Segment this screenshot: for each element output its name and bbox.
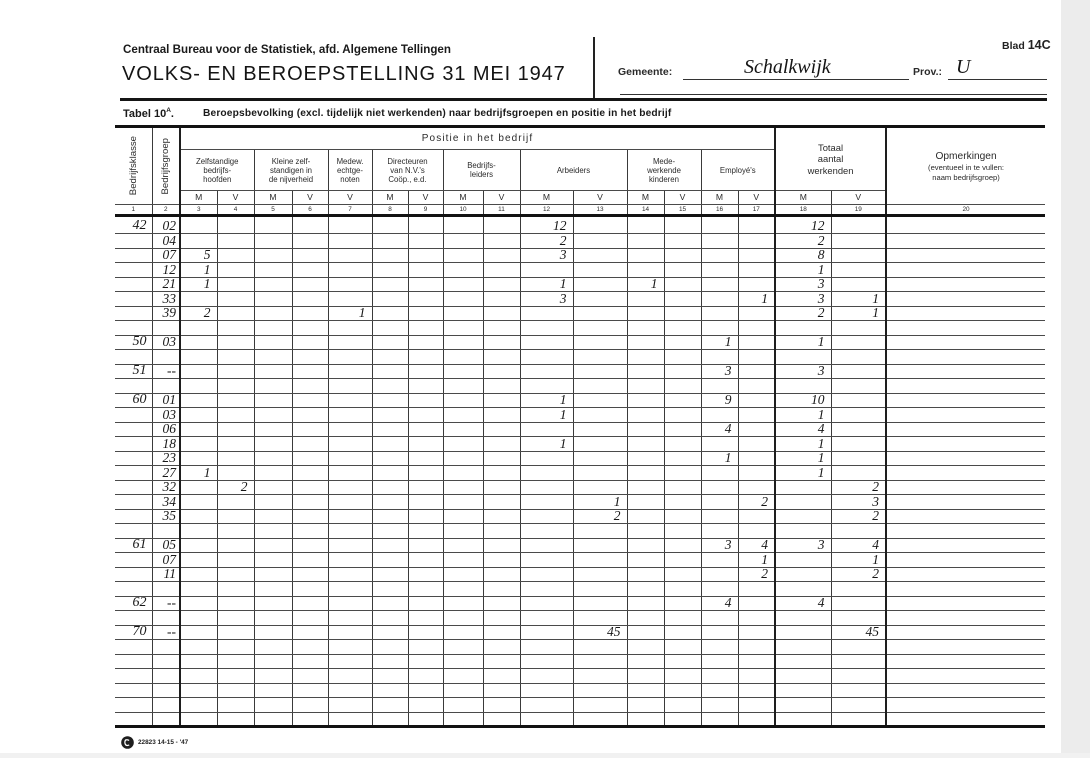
totaal-v-cell <box>831 277 886 292</box>
arbeiders-m-cell <box>520 669 573 684</box>
employes-v-cell <box>738 321 775 336</box>
arbeiders-m-cell <box>520 495 573 510</box>
totaal-m-cell <box>775 567 831 582</box>
arbeiders-v-cell <box>573 277 627 292</box>
directeuren-v-cell <box>408 698 443 713</box>
totaal-v-cell: 2 <box>831 480 886 495</box>
kleine-zelfstandigen-v-cell <box>292 480 328 495</box>
medewerkende-kinderen-m-cell <box>627 248 664 263</box>
sex-header: M <box>254 190 292 204</box>
totaal-m-cell <box>775 553 831 568</box>
bedrijfsleiders-m-cell <box>443 669 483 684</box>
table-row <box>115 611 1045 626</box>
medewerkende-kinderen-v-cell <box>664 306 701 321</box>
kleine-zelfstandigen-m-cell <box>254 451 292 466</box>
employes-m-cell <box>701 712 738 727</box>
bedrijfsklasse-cell <box>115 350 152 365</box>
medewerkende-echtgenoten-v-cell <box>328 216 372 234</box>
bedrijfsleiders-v-cell <box>483 466 520 481</box>
bedrijfsgroep-cell: 07 <box>152 248 180 263</box>
bedrijfsklasse-cell <box>115 553 152 568</box>
opmerkingen-cell <box>886 596 1045 611</box>
bedrijfsgroep-cell: 32 <box>152 480 180 495</box>
directeuren-m-cell <box>372 480 408 495</box>
medewerkende-echtgenoten-v-cell <box>328 582 372 597</box>
bedrijfsleiders-m-cell <box>443 263 483 278</box>
directeuren-v-cell <box>408 640 443 655</box>
kleine-zelfstandigen-m-cell <box>254 234 292 249</box>
employes-m-cell <box>701 466 738 481</box>
header-divider <box>593 37 595 100</box>
bedrijfsleiders-v-cell <box>483 364 520 379</box>
directeuren-v-cell <box>408 408 443 423</box>
positie-group-header: Positie in het bedrijf <box>180 127 775 150</box>
directeuren-v-cell <box>408 480 443 495</box>
medewerkende-kinderen-m-cell <box>627 408 664 423</box>
bedrijfsklasse-cell <box>115 654 152 669</box>
employes-v-cell: 4 <box>738 538 775 553</box>
municipality-value: Schalkwijk <box>744 56 831 79</box>
zelfstandige-m-cell <box>180 437 217 452</box>
kleine-zelfstandigen-m-cell <box>254 350 292 365</box>
table-row: 0644 <box>115 422 1045 437</box>
kleine-zelfstandigen-v-cell <box>292 538 328 553</box>
bedrijfsklasse-cell <box>115 422 152 437</box>
bedrijfsgroep-cell <box>152 350 180 365</box>
arbeiders-v-cell <box>573 698 627 713</box>
medewerkende-kinderen-v-cell <box>664 335 701 350</box>
employes-m-cell <box>701 216 738 234</box>
medewerkende-echtgenoten-v-cell: 1 <box>328 306 372 321</box>
medewerkende-kinderen-m-cell <box>627 437 664 452</box>
bedrijfsleiders-v-cell <box>483 292 520 307</box>
form-title: VOLKS- EN BEROEPSTELLING 31 MEI 1947 <box>122 63 566 86</box>
province-label: Prov.: <box>913 66 942 78</box>
kleine-zelfstandigen-m-cell <box>254 422 292 437</box>
zelfstandige-m-cell <box>180 379 217 394</box>
bedrijfsgroep-cell: 23 <box>152 451 180 466</box>
arbeiders-v-cell <box>573 567 627 582</box>
bedrijfsklasse-cell <box>115 509 152 524</box>
kleine-zelfstandigen-m-cell <box>254 393 292 408</box>
medewerkende-kinderen-m-cell <box>627 698 664 713</box>
medewerkende-kinderen-v-cell <box>664 654 701 669</box>
totaal-header: Totaal aantal werkenden <box>775 127 886 191</box>
medewerkende-echtgenoten-v-cell <box>328 640 372 655</box>
zelfstandige-v-cell <box>217 669 254 684</box>
employes-v-cell: 2 <box>738 495 775 510</box>
opmerkingen-cell <box>886 712 1045 727</box>
totaal-v-cell <box>831 335 886 350</box>
bedrijfsklasse-cell <box>115 248 152 263</box>
medewerkende-kinderen-v-cell <box>664 495 701 510</box>
medewerkende-kinderen-v-cell <box>664 669 701 684</box>
arbeiders-m-cell: 1 <box>520 393 573 408</box>
table-number-text: Tabel 10 <box>123 108 166 120</box>
kleine-zelfstandigen-m-cell <box>254 216 292 234</box>
table-row <box>115 712 1045 727</box>
bedrijfsleiders-m-cell <box>443 248 483 263</box>
bedrijfsgroep-cell: 35 <box>152 509 180 524</box>
totaal-m-cell <box>775 625 831 640</box>
directeuren-v-cell <box>408 524 443 539</box>
table-row: 3222 <box>115 480 1045 495</box>
kleine-zelfstandigen-m-cell <box>254 379 292 394</box>
medewerkende-kinderen-m-cell <box>627 379 664 394</box>
medewerkende-echtgenoten-v-cell <box>328 321 372 336</box>
arbeiders-v-cell <box>573 524 627 539</box>
bedrijfsklasse-cell <box>115 567 152 582</box>
bedrijfsleiders-v-cell <box>483 335 520 350</box>
table-header: Bedrijfsklasse Bedrijfsgroep Positie in … <box>115 127 1045 216</box>
directeuren-v-cell <box>408 234 443 249</box>
employes-m-cell <box>701 248 738 263</box>
arbeiders-m-cell: 3 <box>520 292 573 307</box>
directeuren-m-cell <box>372 335 408 350</box>
bedrijfsgroep-header: Bedrijfsgroep <box>152 127 180 205</box>
kleine-zelfstandigen-v-cell <box>292 306 328 321</box>
bedrijfsleiders-v-cell <box>483 393 520 408</box>
kleine-zelfstandigen-v-cell <box>292 408 328 423</box>
zelfstandige-m-cell <box>180 495 217 510</box>
table-row: 51--33 <box>115 364 1045 379</box>
totaal-v-cell <box>831 712 886 727</box>
table-row <box>115 669 1045 684</box>
bedrijfsleiders-v-cell <box>483 495 520 510</box>
totaal-v-cell <box>831 350 886 365</box>
medewerkende-kinderen-m-cell <box>627 216 664 234</box>
column-number: 8 <box>372 205 408 216</box>
arbeiders-m-cell <box>520 480 573 495</box>
kleine-zelfstandigen-v-cell <box>292 466 328 481</box>
medewerkende-kinderen-m-cell <box>627 306 664 321</box>
medewerkende-echtgenoten-v-cell <box>328 451 372 466</box>
totaal-v-cell <box>831 248 886 263</box>
directeuren-m-cell <box>372 277 408 292</box>
opmerkingen-cell <box>886 524 1045 539</box>
bedrijfsleiders-v-cell <box>483 422 520 437</box>
medewerkende-kinderen-m-cell <box>627 553 664 568</box>
table-number-dot: . <box>171 108 174 120</box>
table-row <box>115 683 1045 698</box>
zelfstandige-v-cell <box>217 596 254 611</box>
totaal-m-cell: 10 <box>775 393 831 408</box>
table-row <box>115 524 1045 539</box>
sex-header: V <box>217 190 254 204</box>
employes-m-cell: 1 <box>701 335 738 350</box>
arbeiders-v-cell <box>573 466 627 481</box>
medewerkende-echtgenoten-v-cell <box>328 335 372 350</box>
employes-m-cell: 3 <box>701 364 738 379</box>
bedrijfsklasse-cell <box>115 712 152 727</box>
sex-header: V <box>573 190 627 204</box>
medewerkende-echtgenoten-v-cell <box>328 625 372 640</box>
arbeiders-m-cell: 12 <box>520 216 573 234</box>
kleine-zelfstandigen-v-cell <box>292 611 328 626</box>
employes-v-cell: 2 <box>738 567 775 582</box>
directeuren-m-cell <box>372 248 408 263</box>
medewerkende-kinderen-v-cell <box>664 582 701 597</box>
bedrijfsgroep-cell: 04 <box>152 234 180 249</box>
zelfstandige-v-cell <box>217 393 254 408</box>
zelfstandige-v-cell <box>217 437 254 452</box>
arbeiders-v-cell <box>573 350 627 365</box>
directeuren-m-cell <box>372 538 408 553</box>
totaal-m-cell: 1 <box>775 408 831 423</box>
zelfstandige-m-cell <box>180 408 217 423</box>
zelfstandige-m-cell <box>180 640 217 655</box>
zelfstandige-m-cell <box>180 538 217 553</box>
totaal-m-cell: 3 <box>775 292 831 307</box>
employes-m-cell <box>701 234 738 249</box>
medewerkende-kinderen-v-cell <box>664 509 701 524</box>
opmerkingen-cell <box>886 698 1045 713</box>
employes-v-cell: 1 <box>738 553 775 568</box>
column-number: 18 <box>775 205 831 216</box>
scan-edge-right <box>1061 0 1090 758</box>
column-number: 6 <box>292 205 328 216</box>
opmerkingen-cell <box>886 538 1045 553</box>
totaal-m-cell: 2 <box>775 234 831 249</box>
bedrijfsleiders-v-cell <box>483 654 520 669</box>
arbeiders-v-cell <box>573 292 627 307</box>
arbeiders-m-cell <box>520 321 573 336</box>
totaal-m-cell: 1 <box>775 451 831 466</box>
kleine-zelfstandigen-m-cell <box>254 654 292 669</box>
bedrijfsklasse-cell <box>115 292 152 307</box>
bedrijfsklasse-cell <box>115 495 152 510</box>
medewerkende-kinderen-m-cell <box>627 683 664 698</box>
bedrijfsleiders-v-cell <box>483 379 520 394</box>
zelfstandige-m-cell <box>180 654 217 669</box>
arbeiders-m-cell <box>520 640 573 655</box>
employes-v-cell <box>738 712 775 727</box>
bedrijfsgroep-cell <box>152 524 180 539</box>
directeuren-m-cell <box>372 379 408 394</box>
directeuren-m-cell <box>372 669 408 684</box>
employes-v-cell <box>738 466 775 481</box>
kleine-zelfstandigen-m-cell <box>254 437 292 452</box>
bedrijfsleiders-m-cell <box>443 495 483 510</box>
directeuren-v-cell <box>408 248 443 263</box>
sheet-label-text: Blad <box>1002 40 1025 52</box>
medewerkende-echtgenoten-v-cell <box>328 509 372 524</box>
employes-v-cell <box>738 654 775 669</box>
bedrijfsleiders-v-cell <box>483 234 520 249</box>
employes-m-cell <box>701 321 738 336</box>
employes-m-cell <box>701 277 738 292</box>
table-row <box>115 582 1045 597</box>
employes-v-cell <box>738 640 775 655</box>
bedrijfsgroep-cell: -- <box>152 625 180 640</box>
totaal-m-cell: 2 <box>775 306 831 321</box>
kleine-zelfstandigen-m-cell <box>254 364 292 379</box>
employes-v-cell <box>738 263 775 278</box>
totaal-m-cell: 4 <box>775 596 831 611</box>
kleine-zelfstandigen-v-cell <box>292 321 328 336</box>
medewerkende-kinderen-v-cell <box>664 625 701 640</box>
kleine-zelfstandigen-m-cell <box>254 683 292 698</box>
arbeiders-v-cell <box>573 712 627 727</box>
opmerkingen-cell <box>886 683 1045 698</box>
kleine-zelfstandigen-v-cell <box>292 234 328 249</box>
medewerkende-kinderen-m-cell <box>627 393 664 408</box>
bedrijfsklasse-label: Bedrijfsklasse <box>128 136 139 195</box>
table-row <box>115 321 1045 336</box>
kleine-zelfstandigen-v-cell <box>292 654 328 669</box>
bedrijfsklasse-cell <box>115 277 152 292</box>
kleine-zelfstandigen-m-cell <box>254 712 292 727</box>
bedrijfsleiders-m-cell <box>443 393 483 408</box>
bedrijfsleiders-v-cell <box>483 582 520 597</box>
directeuren-v-cell <box>408 379 443 394</box>
arbeiders-v-cell <box>573 582 627 597</box>
bedrijfsleiders-m-cell <box>443 451 483 466</box>
kleine-zelfstandigen-v-cell <box>292 263 328 278</box>
medewerkende-kinderen-m-cell <box>627 422 664 437</box>
directeuren-m-cell <box>372 524 408 539</box>
totaal-m-cell <box>775 582 831 597</box>
category-medewerkende-kinderen: Mede- werkende kinderen <box>627 150 701 191</box>
totaal-m-cell <box>775 640 831 655</box>
bedrijfsleiders-m-cell <box>443 683 483 698</box>
bedrijfsleiders-v-cell <box>483 509 520 524</box>
print-code: 22823 14-15 - '47 <box>138 739 188 746</box>
zelfstandige-v-cell <box>217 379 254 394</box>
bedrijfsklasse-cell <box>115 640 152 655</box>
arbeiders-m-cell <box>520 683 573 698</box>
zelfstandige-m-cell <box>180 596 217 611</box>
bedrijfsleiders-m-cell <box>443 567 483 582</box>
arbeiders-v-cell <box>573 451 627 466</box>
medewerkende-kinderen-v-cell <box>664 408 701 423</box>
directeuren-v-cell <box>408 216 443 234</box>
bedrijfsleiders-v-cell <box>483 451 520 466</box>
bedrijfsleiders-m-cell <box>443 596 483 611</box>
employes-m-cell: 3 <box>701 538 738 553</box>
bedrijfsleiders-v-cell <box>483 216 520 234</box>
bedrijfsklasse-cell <box>115 683 152 698</box>
bedrijfsklasse-cell <box>115 611 152 626</box>
arbeiders-m-cell <box>520 306 573 321</box>
medewerkende-kinderen-v-cell <box>664 364 701 379</box>
kleine-zelfstandigen-m-cell <box>254 640 292 655</box>
zelfstandige-v-cell <box>217 698 254 713</box>
table-row: 1811 <box>115 437 1045 452</box>
employes-v-cell <box>738 437 775 452</box>
opmerkingen-cell <box>886 509 1045 524</box>
bedrijfsgroep-cell: 12 <box>152 263 180 278</box>
arbeiders-v-cell <box>573 669 627 684</box>
bedrijfsklasse-cell <box>115 524 152 539</box>
arbeiders-m-cell <box>520 611 573 626</box>
bedrijfsleiders-m-cell <box>443 437 483 452</box>
arbeiders-m-cell <box>520 538 573 553</box>
bedrijfsleiders-v-cell <box>483 248 520 263</box>
medewerkende-kinderen-v-cell <box>664 350 701 365</box>
bedrijfsklasse-cell <box>115 582 152 597</box>
medewerkende-kinderen-v-cell <box>664 263 701 278</box>
medewerkende-kinderen-v-cell <box>664 683 701 698</box>
table-row: 333131 <box>115 292 1045 307</box>
medewerkende-echtgenoten-v-cell <box>328 263 372 278</box>
bedrijfsleiders-v-cell <box>483 306 520 321</box>
zelfstandige-v-cell <box>217 538 254 553</box>
bedrijfsgroep-cell <box>152 712 180 727</box>
directeuren-m-cell <box>372 625 408 640</box>
zelfstandige-v-cell <box>217 292 254 307</box>
opmerkingen-cell <box>886 567 1045 582</box>
medewerkende-kinderen-m-cell <box>627 509 664 524</box>
zelfstandige-m-cell <box>180 350 217 365</box>
directeuren-m-cell <box>372 263 408 278</box>
arbeiders-v-cell <box>573 611 627 626</box>
bedrijfsleiders-m-cell <box>443 408 483 423</box>
employes-m-cell <box>701 306 738 321</box>
table-number: Tabel 10A. <box>123 107 174 120</box>
sex-header: M <box>520 190 573 204</box>
totaal-v-cell <box>831 408 886 423</box>
arbeiders-m-cell <box>520 553 573 568</box>
kleine-zelfstandigen-v-cell <box>292 350 328 365</box>
directeuren-m-cell <box>372 698 408 713</box>
opmerkingen-cell <box>886 306 1045 321</box>
kleine-zelfstandigen-m-cell <box>254 480 292 495</box>
bedrijfsgroep-cell: 11 <box>152 567 180 582</box>
totaal-v-cell <box>831 263 886 278</box>
column-number: 3 <box>180 205 217 216</box>
employes-v-cell <box>738 234 775 249</box>
opmerkingen-cell <box>886 379 1045 394</box>
kleine-zelfstandigen-v-cell <box>292 393 328 408</box>
directeuren-v-cell <box>408 321 443 336</box>
kleine-zelfstandigen-m-cell <box>254 611 292 626</box>
opmerkingen-cell <box>886 216 1045 234</box>
arbeiders-m-cell <box>520 451 573 466</box>
employes-m-cell <box>701 263 738 278</box>
employes-m-cell <box>701 437 738 452</box>
directeuren-m-cell <box>372 451 408 466</box>
employes-m-cell <box>701 567 738 582</box>
totaal-m-cell <box>775 698 831 713</box>
arbeiders-m-cell <box>520 364 573 379</box>
opmerkingen-label: Opmerkingen <box>887 150 1045 163</box>
zelfstandige-m-cell <box>180 712 217 727</box>
bedrijfsleiders-m-cell <box>443 335 483 350</box>
directeuren-v-cell <box>408 683 443 698</box>
bedrijfsleiders-m-cell <box>443 698 483 713</box>
arbeiders-m-cell: 3 <box>520 248 573 263</box>
bedrijfsleiders-m-cell <box>443 277 483 292</box>
totaal-v-cell <box>831 640 886 655</box>
table-title: Beroepsbevolking (excl. tijdelijk niet w… <box>203 108 671 119</box>
bedrijfsleiders-v-cell <box>483 437 520 452</box>
medewerkende-kinderen-v-cell <box>664 567 701 582</box>
zelfstandige-m-cell <box>180 321 217 336</box>
directeuren-v-cell <box>408 335 443 350</box>
totaal-m-cell <box>775 683 831 698</box>
medewerkende-kinderen-v-cell <box>664 480 701 495</box>
medewerkende-echtgenoten-v-cell <box>328 422 372 437</box>
kleine-zelfstandigen-m-cell <box>254 466 292 481</box>
employes-m-cell: 4 <box>701 596 738 611</box>
employes-v-cell <box>738 277 775 292</box>
column-number: 9 <box>408 205 443 216</box>
bedrijfsklasse-cell <box>115 698 152 713</box>
employes-v-cell <box>738 669 775 684</box>
bedrijfsgroep-cell <box>152 611 180 626</box>
employes-v-cell <box>738 611 775 626</box>
